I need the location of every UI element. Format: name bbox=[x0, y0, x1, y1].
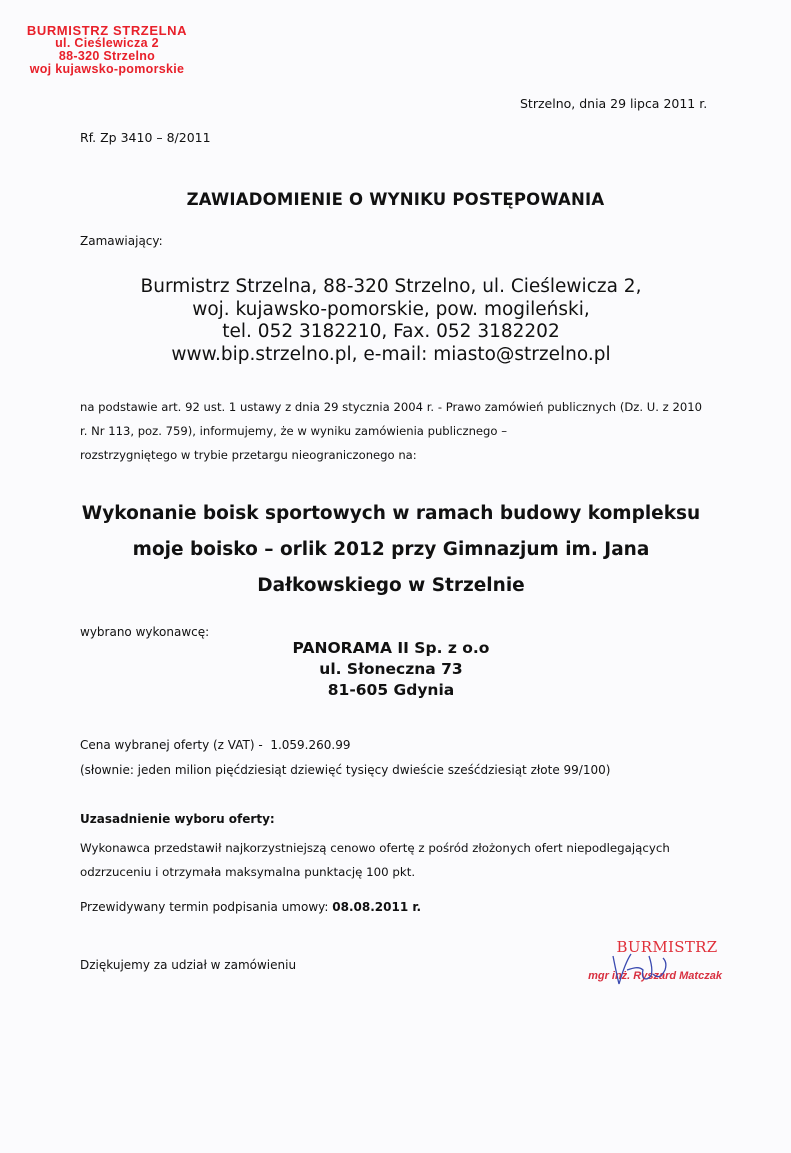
legal-basis-last-line: rozstrzygniętego w trybie przetargu nieo… bbox=[80, 443, 702, 467]
legal-basis-paragraph: na podstawie art. 92 ust. 1 ustawy z dni… bbox=[80, 395, 702, 467]
subject-line: Dałkowskiego w Strzelnie bbox=[0, 568, 782, 604]
contractor-label: wybrano wykonawcę: bbox=[80, 625, 209, 639]
signing-date: 08.08.2011 r. bbox=[332, 900, 421, 914]
price-line: Cena wybranej oferty (z VAT) - 1.059.260… bbox=[80, 738, 350, 752]
legal-basis-text: na podstawie art. 92 ust. 1 ustawy z dni… bbox=[80, 395, 702, 443]
contractor-line: ul. Słoneczna 73 bbox=[0, 659, 782, 680]
price-in-words: (słownie: jeden milion pięćdziesiąt dzie… bbox=[80, 763, 610, 777]
justification-text: Wykonawca przedstawił najkorzystniejszą … bbox=[80, 836, 702, 860]
official-stamp: BURMISTRZ STRZELNA ul. Cieślewicza 2 88-… bbox=[12, 24, 202, 76]
contractor-line: PANORAMA II Sp. z o.o bbox=[0, 638, 782, 659]
document-date: Strzelno, dnia 29 lipca 2011 r. bbox=[520, 96, 707, 111]
signing-label: Przewidywany termin podpisania umowy: bbox=[80, 900, 328, 914]
price-label: Cena wybranej oferty (z VAT) - bbox=[80, 738, 263, 752]
buyer-line: www.bip.strzelno.pl, e-mail: miasto@strz… bbox=[0, 344, 782, 367]
reference-number: Rf. Zp 3410 – 8/2011 bbox=[80, 130, 211, 145]
justification-paragraph: Wykonawca przedstawił najkorzystniejszą … bbox=[80, 836, 702, 884]
justification-last-line: odzrzuceniu i otrzymała maksymalna punkt… bbox=[80, 860, 702, 884]
buyer-line: tel. 052 3182210, Fax. 052 3182202 bbox=[0, 321, 782, 344]
contractor-line: 81-605 Gdynia bbox=[0, 680, 782, 701]
subject-line: Wykonanie boisk sportowych w ramach budo… bbox=[0, 496, 782, 532]
handwritten-signature-icon bbox=[605, 948, 685, 990]
signing-date-line: Przewidywany termin podpisania umowy: 08… bbox=[80, 900, 421, 914]
justification-heading: Uzasadnienie wyboru oferty: bbox=[80, 812, 275, 826]
buyer-address-block: Burmistrz Strzelna, 88-320 Strzelno, ul.… bbox=[0, 276, 782, 366]
signature-block: BURMISTRZ mgr inż. Ryszard Matczak bbox=[575, 938, 735, 982]
buyer-label: Zamawiający: bbox=[80, 234, 163, 248]
subject-line: moje boisko – orlik 2012 przy Gimnazjum … bbox=[0, 532, 782, 568]
contract-subject: Wykonanie boisk sportowych w ramach budo… bbox=[0, 496, 782, 604]
contractor-block: PANORAMA II Sp. z o.o ul. Słoneczna 73 8… bbox=[0, 638, 782, 701]
stamp-line: woj kujawsko-pomorskie bbox=[12, 63, 202, 76]
buyer-line: woj. kujawsko-pomorskie, pow. mogileński… bbox=[0, 299, 782, 322]
closing-text: Dziękujemy za udział w zamówieniu bbox=[80, 958, 296, 972]
buyer-line: Burmistrz Strzelna, 88-320 Strzelno, ul.… bbox=[0, 276, 782, 299]
price-value: 1.059.260.99 bbox=[270, 738, 350, 752]
document-title: ZAWIADOMIENIE O WYNIKU POSTĘPOWANIA bbox=[0, 190, 791, 209]
